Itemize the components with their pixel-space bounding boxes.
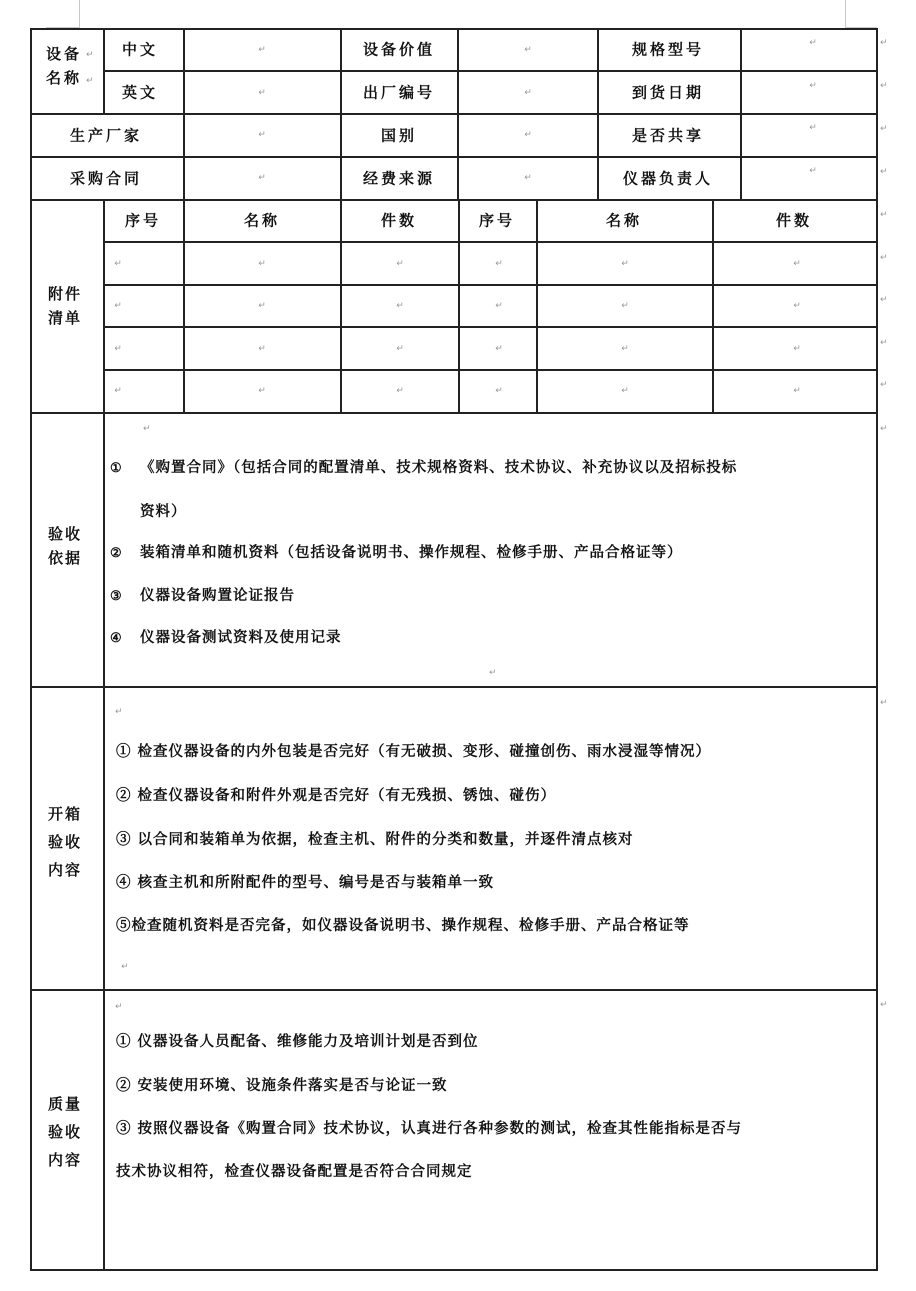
paragraph-mark: ↵: [115, 1002, 123, 1012]
quality-item-2: ② 安装使用环境、设施条件落实是否与论证一致: [116, 1074, 448, 1095]
section-divider: [30, 686, 877, 688]
unboxing-label-line1: 开箱: [48, 800, 82, 828]
paragraph-mark: ↵: [880, 380, 888, 390]
quality-item-3: ③ 按照仪器设备《购置合同》技术协议，认真进行各种参数的测试，检查其性能指标是否…: [116, 1117, 742, 1138]
attachments-label-line2: 清单: [48, 306, 82, 330]
item-text: 装箱清单和随机资料（包括设备说明书、操作规程、检修手册、产品合格证等）: [140, 544, 683, 561]
attachments-header-seq-1: 序号: [125, 210, 161, 231]
device-value-field[interactable]: ↵: [458, 29, 597, 70]
paragraph-mark: ↵: [793, 301, 801, 311]
shared-label: 是否共享: [632, 125, 704, 146]
contract-label: 采购合同: [70, 168, 142, 189]
table-border-bottom: [30, 1269, 878, 1271]
acceptance-basis-label-line1: 验收: [48, 522, 82, 546]
paragraph-mark: ↵: [114, 259, 122, 269]
paragraph-mark: ↵: [86, 50, 94, 60]
unboxing-item-2: ② 检查仪器设备和附件外观是否完好（有无残损、锈蚀、碰伤）: [116, 784, 556, 805]
col-divider: [103, 28, 105, 113]
paragraph-mark: ↵: [495, 386, 503, 396]
paragraph-mark: ↵: [258, 45, 266, 55]
paragraph-mark: ↵: [524, 173, 532, 183]
paragraph-mark: ↵: [621, 259, 629, 269]
attachment-cell[interactable]: ↵: [341, 370, 458, 412]
attachment-cell[interactable]: ↵: [459, 328, 536, 369]
unboxing-section-label: 开箱 验收 内容: [48, 800, 82, 884]
acceptance-basis-item-3: ③仪器设备购置论证报告: [110, 584, 295, 605]
paragraph-mark: ↵: [880, 81, 888, 91]
attachment-cell[interactable]: ↵: [341, 243, 458, 284]
paragraph-mark: ↵: [143, 424, 151, 434]
paragraph-mark: ↵: [495, 301, 503, 311]
attachments-header-name-1: 名称: [244, 210, 280, 231]
attachment-cell[interactable]: ↵: [104, 328, 183, 369]
table-border-right: [876, 28, 878, 1270]
attachment-cell[interactable]: ↵: [537, 285, 712, 326]
quality-label-line2: 验收: [48, 1118, 82, 1146]
paragraph-mark: ↵: [809, 123, 817, 133]
paragraph-mark: ↵: [793, 344, 801, 354]
item-number: ①: [110, 461, 140, 476]
acceptance-basis-item-2: ②装箱清单和随机资料（包括设备说明书、操作规程、检修手册、产品合格证等）: [110, 541, 683, 562]
paragraph-mark: ↵: [86, 76, 94, 86]
attachment-cell[interactable]: ↵: [104, 243, 183, 284]
col-divider: [597, 28, 599, 199]
table-border-left: [30, 28, 32, 1270]
manager-label: 仪器负责人: [623, 168, 713, 189]
unboxing-item-1: ① 检查仪器设备的内外包装是否完好（有无破损、变形、碰撞创伤、雨水浸湿等情况）: [116, 740, 711, 761]
device-name-label-line1: 设备: [46, 42, 82, 66]
paragraph-mark: ↵: [258, 130, 266, 140]
english-label: 英文: [122, 82, 158, 103]
unboxing-item-5: ⑤检查随机资料是否完备，如仪器设备说明书、操作规程、检修手册、产品合格证等: [116, 914, 690, 935]
attachment-cell[interactable]: ↵: [459, 370, 536, 412]
paragraph-mark: ↵: [396, 386, 404, 396]
device-name-label-line2: 名称: [46, 66, 82, 90]
paragraph-mark: ↵: [495, 259, 503, 269]
paragraph-mark: ↵: [258, 301, 266, 311]
attachment-cell[interactable]: ↵: [104, 285, 183, 326]
acceptance-basis-label-line2: 依据: [48, 546, 82, 570]
paragraph-mark: ↵: [793, 386, 801, 396]
paragraph-mark: ↵: [114, 344, 122, 354]
quality-label-line3: 内容: [48, 1146, 82, 1174]
paragraph-mark: ↵: [880, 38, 888, 48]
paragraph-mark: ↵: [809, 81, 817, 91]
attachment-cell[interactable]: ↵: [104, 370, 183, 412]
section-divider: [30, 989, 877, 991]
attachments-header-count-1: 件数: [381, 210, 417, 231]
item-text: 仪器设备测试资料及使用记录: [140, 629, 342, 646]
crop-mark-right-vertical: [845, 0, 846, 27]
row-divider: [30, 412, 877, 414]
attachment-cell[interactable]: ↵: [341, 285, 458, 326]
paragraph-mark: ↵: [115, 707, 123, 717]
chinese-name-field[interactable]: ↵: [184, 29, 340, 70]
contract-field[interactable]: ↵: [184, 157, 340, 199]
attachment-cell[interactable]: ↵: [184, 243, 340, 284]
attachment-cell[interactable]: ↵: [713, 328, 876, 369]
attachments-header-seq-2: 序号: [479, 210, 515, 231]
item-text: 资料）: [140, 503, 187, 520]
manager-field[interactable]: ↵: [741, 157, 876, 199]
paragraph-mark: ↵: [489, 668, 497, 678]
paragraph-mark: ↵: [621, 301, 629, 311]
paragraph-mark: ↵: [396, 301, 404, 311]
item-text: 《购置合同》（包括合同的配置清单、技术规格资料、技术协议、补充协议以及招标投标: [140, 459, 737, 476]
attachment-cell[interactable]: ↵: [713, 285, 876, 326]
paragraph-mark: ↵: [114, 386, 122, 396]
attachment-cell[interactable]: ↵: [184, 285, 340, 326]
paragraph-mark: ↵: [880, 167, 888, 177]
item-text: 仪器设备购置论证报告: [140, 587, 295, 604]
attachments-label-line1: 附件: [48, 282, 82, 306]
attachment-cell[interactable]: ↵: [459, 285, 536, 326]
paragraph-mark: ↵: [524, 88, 532, 98]
arrival-date-field[interactable]: ↵: [741, 72, 876, 113]
paragraph-mark: ↵: [396, 259, 404, 269]
paragraph-mark: ↵: [880, 1000, 888, 1010]
col-divider: [340, 28, 342, 199]
quality-label-line1: 质量: [48, 1090, 82, 1118]
paragraph-mark: ↵: [524, 45, 532, 55]
english-name-field[interactable]: ↵: [184, 72, 340, 113]
attachment-cell[interactable]: ↵: [184, 370, 340, 412]
attachment-cell[interactable]: ↵: [341, 328, 458, 369]
model-field[interactable]: ↵: [741, 29, 876, 70]
unboxing-label-line2: 验收: [48, 828, 82, 856]
attachment-cell[interactable]: ↵: [537, 370, 712, 412]
attachment-cell[interactable]: ↵: [713, 370, 876, 412]
funding-field[interactable]: ↵: [458, 157, 597, 199]
paragraph-mark: ↵: [880, 338, 888, 348]
paragraph-mark: ↵: [396, 344, 404, 354]
device-name-label: 设备 名称: [46, 42, 82, 90]
manufacturer-field[interactable]: ↵: [184, 114, 340, 156]
device-value-label: 设备价值: [363, 39, 435, 60]
unboxing-label-line3: 内容: [48, 856, 82, 884]
factory-number-label: 出厂编号: [363, 82, 435, 103]
item-number: ④: [110, 631, 140, 646]
factory-number-field[interactable]: ↵: [458, 72, 597, 113]
paragraph-mark: ↵: [258, 386, 266, 396]
country-field[interactable]: ↵: [458, 114, 597, 156]
acceptance-basis-item-1: ①《购置合同》（包括合同的配置清单、技术规格资料、技术协议、补充协议以及招标投标: [110, 456, 737, 477]
funding-label: 经费来源: [363, 168, 435, 189]
attachment-cell[interactable]: ↵: [459, 243, 536, 284]
attachment-cell[interactable]: ↵: [713, 243, 876, 284]
paragraph-mark: ↵: [809, 38, 817, 48]
paragraph-mark: ↵: [258, 344, 266, 354]
shared-field[interactable]: ↵: [741, 114, 876, 156]
attachments-header-name-2: 名称: [606, 210, 642, 231]
paragraph-mark: ↵: [880, 253, 888, 263]
manufacturer-label: 生产厂家: [70, 125, 142, 146]
quality-item-1: ① 仪器设备人员配备、维修能力及培训计划是否到位: [116, 1030, 479, 1051]
attachments-section-label: 附件 清单: [48, 282, 82, 330]
row-divider: [30, 199, 877, 201]
paragraph-mark: ↵: [495, 344, 503, 354]
paragraph-mark: ↵: [114, 301, 122, 311]
acceptance-basis-item-4: ④仪器设备测试资料及使用记录: [110, 626, 342, 647]
unboxing-item-3: ③ 以合同和装箱单为依据，检查主机、附件的分类和数量，并逐件清点核对: [116, 828, 634, 849]
paragraph-mark: ↵: [621, 344, 629, 354]
acceptance-basis-section-label: 验收 依据: [48, 522, 82, 570]
item-number: ③: [110, 589, 140, 604]
paragraph-mark: ↵: [121, 962, 129, 972]
attachment-cell[interactable]: ↵: [537, 243, 712, 284]
paragraph-mark: ↵: [258, 88, 266, 98]
paragraph-mark: ↵: [880, 124, 888, 134]
item-number: ②: [110, 546, 140, 561]
arrival-date-label: 到货日期: [632, 82, 704, 103]
attachment-cell[interactable]: ↵: [184, 328, 340, 369]
paragraph-mark: ↵: [809, 166, 817, 176]
paragraph-mark: ↵: [880, 698, 888, 708]
unboxing-item-4: ④ 核查主机和所附配件的型号、编号是否与装箱单一致: [116, 871, 494, 892]
model-label: 规格型号: [632, 39, 704, 60]
quality-item-3-continued: 技术协议相符，检查仪器设备配置是否符合合同规定: [116, 1160, 473, 1181]
paragraph-mark: ↵: [258, 173, 266, 183]
crop-mark-left-vertical: [79, 0, 80, 27]
paragraph-mark: ↵: [621, 386, 629, 396]
paragraph-mark: ↵: [880, 210, 888, 220]
chinese-label: 中文: [122, 39, 158, 60]
quality-section-label: 质量 验收 内容: [48, 1090, 82, 1174]
country-label: 国别: [381, 125, 417, 146]
paragraph-mark: ↵: [880, 295, 888, 305]
paragraph-mark: ↵: [880, 424, 888, 434]
paragraph-mark: ↵: [258, 259, 266, 269]
paragraph-mark: ↵: [524, 130, 532, 140]
acceptance-basis-item-1-continued: 资料）: [140, 500, 187, 521]
attachments-header-count-2: 件数: [776, 210, 812, 231]
paragraph-mark: ↵: [793, 259, 801, 269]
attachment-cell[interactable]: ↵: [537, 328, 712, 369]
